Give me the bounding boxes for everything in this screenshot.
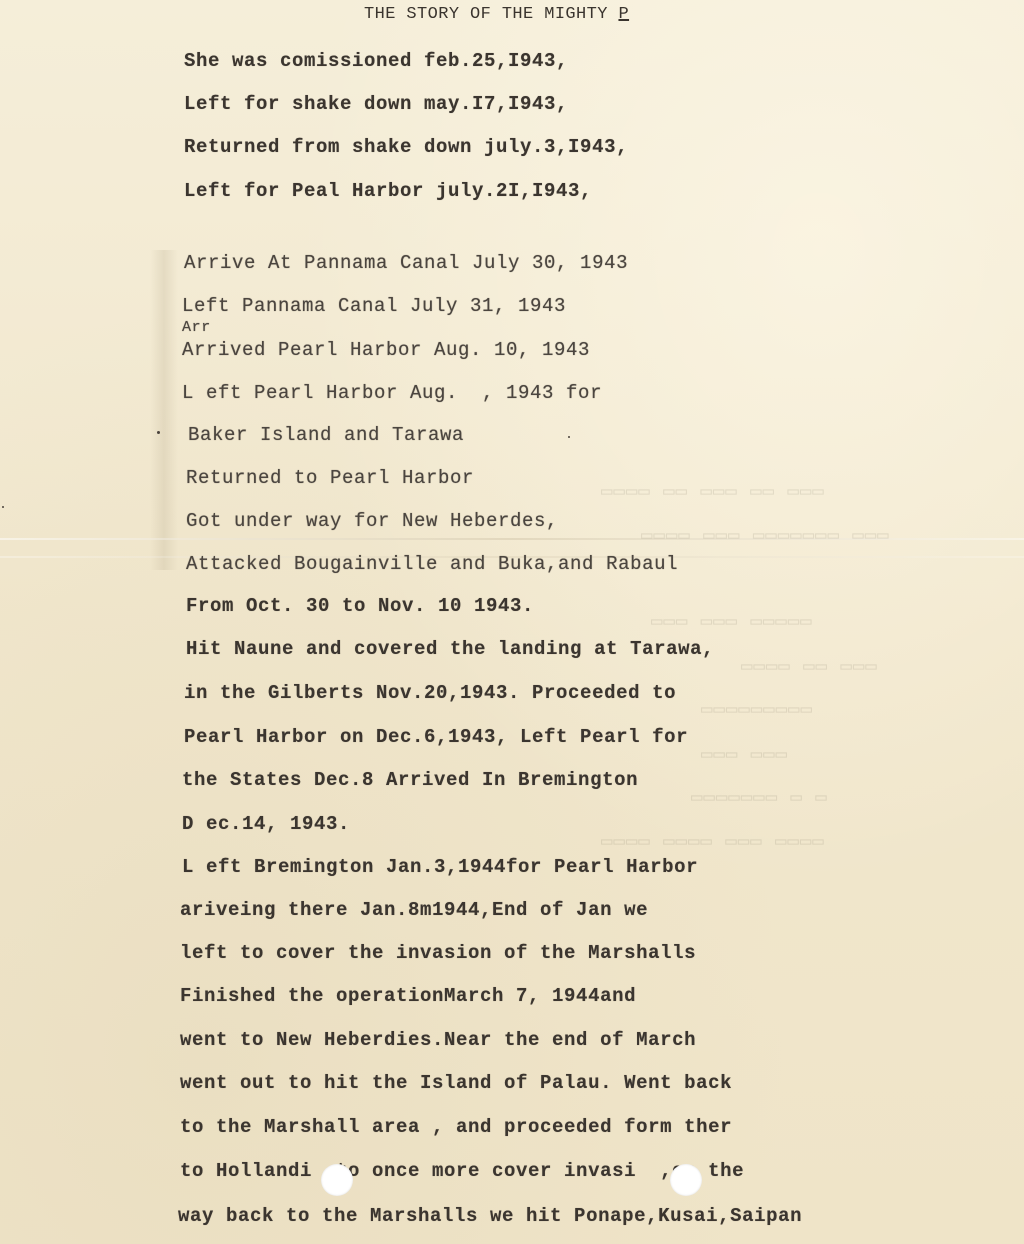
ink-speck bbox=[2, 506, 4, 508]
show-through-text: ▭▭▭ ▭▭▭▭▭▭▭ ▭▭▭ ▭▭▭▭ bbox=[640, 524, 889, 547]
text-line: ariveing there Jan.8m1944,End of Jan we bbox=[180, 899, 648, 921]
text-line: She was comissioned feb.25,I943, bbox=[184, 50, 568, 72]
text-line: L eft Bremington Jan.3,1944for Pearl Har… bbox=[182, 856, 698, 878]
text-line: to Hollandi to once more cover invasi ,o… bbox=[180, 1160, 744, 1182]
ink-speck bbox=[157, 431, 160, 434]
text-line: Got under way for New Heberdes, bbox=[186, 510, 558, 532]
text-line: Baker Island and Tarawa bbox=[188, 424, 464, 446]
text-line: Arrive At Pannama Canal July 30, 1943 bbox=[184, 252, 628, 274]
show-through-text: ▭ ▭ ▭▭▭▭▭▭▭ bbox=[690, 786, 827, 809]
text-line: left to cover the invasion of the Marsha… bbox=[180, 942, 696, 964]
text-line: Hit Naune and covered the landing at Tar… bbox=[186, 638, 714, 660]
show-through-text: ▭▭▭▭ ▭▭▭ ▭▭▭▭ ▭▭▭▭ bbox=[600, 830, 824, 853]
title-underlined-letter: P bbox=[618, 5, 629, 24]
document-title: THE STORY OF THE MIGHTY P bbox=[364, 5, 629, 24]
show-through-text: ▭▭▭▭▭ ▭▭▭ ▭▭▭ bbox=[650, 610, 812, 633]
text-line: way back to the Marshalls we hit Ponape,… bbox=[178, 1205, 802, 1227]
text-line: Finished the operationMarch 7, 1944and bbox=[180, 985, 636, 1007]
margin-shadow bbox=[150, 250, 178, 570]
text-line: the States Dec.8 Arrived In Bremington bbox=[182, 769, 638, 791]
show-through-text: ▭▭▭ ▭▭ ▭▭▭ ▭▭ ▭▭▭▭ bbox=[600, 480, 824, 503]
punch-hole bbox=[321, 1164, 353, 1196]
show-through-text: ▭▭▭ ▭▭▭ bbox=[700, 743, 787, 766]
ink-speck bbox=[568, 436, 570, 438]
text-line: L eft Pearl Harbor Aug. , 1943 for bbox=[182, 382, 602, 404]
text-line: Attacked Bougainville and Buka,and Rabau… bbox=[186, 553, 678, 575]
show-through-text: ▭▭▭▭▭▭▭▭▭ bbox=[700, 698, 812, 721]
text-line: Returned to Pearl Harbor bbox=[186, 467, 474, 489]
text-line: D ec.14, 1943. bbox=[182, 813, 350, 835]
text-line: Left for shake down may.I7,I943, bbox=[184, 93, 568, 115]
text-line: Left Pannama Canal July 31, 1943 bbox=[182, 295, 566, 317]
text-line: in the Gilberts Nov.20,1943. Proceeded t… bbox=[184, 682, 676, 704]
title-text: THE STORY OF THE MIGHTY bbox=[364, 5, 618, 24]
text-line: went out to hit the Island of Palau. Wen… bbox=[180, 1072, 732, 1094]
text-line: Pearl Harbor on Dec.6,1943, Left Pearl f… bbox=[184, 726, 688, 748]
show-through-text: ▭▭▭ ▭▭ ▭▭▭▭ bbox=[740, 655, 877, 678]
text-line: Returned from shake down july.3,I943, bbox=[184, 136, 628, 158]
text-line: Arr bbox=[182, 319, 211, 336]
punch-hole bbox=[670, 1164, 702, 1196]
text-line: went to New Heberdies.Near the end of Ma… bbox=[180, 1029, 696, 1051]
text-line: to the Marshall area , and proceeded for… bbox=[180, 1116, 732, 1138]
text-line: Left for Peal Harbor july.2I,I943, bbox=[184, 180, 592, 202]
text-line: From Oct. 30 to Nov. 10 1943. bbox=[186, 595, 534, 617]
typed-document-page: ▭▭▭ ▭▭ ▭▭▭ ▭▭ ▭▭▭▭ ▭▭▭ ▭▭▭▭▭▭▭ ▭▭▭ ▭▭▭▭ … bbox=[0, 0, 1024, 1244]
text-line: Arrived Pearl Harbor Aug. 10, 1943 bbox=[182, 339, 590, 361]
